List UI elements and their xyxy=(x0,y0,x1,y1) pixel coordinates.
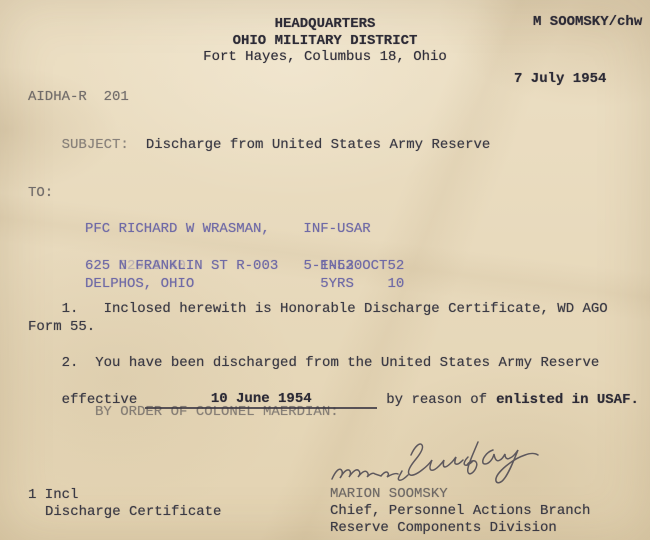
letterhead-line3: Fort Hayes, Columbus 18, Ohio xyxy=(0,49,650,66)
signer-title1: Chief, Personnel Actions Branch xyxy=(330,503,590,520)
enclosure-name: Discharge Certificate xyxy=(45,504,221,521)
enclosure-count: 1 Incl xyxy=(28,487,78,504)
discharge-reason: enlisted in USAF. xyxy=(496,392,639,408)
letterhead-line1: HEADQUARTERS xyxy=(0,16,650,33)
document-date: 7 July 1954 xyxy=(514,71,606,88)
paragraph2-line1: 2. You have been discharged from the Uni… xyxy=(28,355,599,372)
signer-name: MARION SOOMSKY xyxy=(330,486,448,503)
paragraph1-line1: 1. Inclosed herewith is Honorable Discha… xyxy=(28,301,608,318)
file-number: AIDHA-R 201 xyxy=(28,89,129,106)
signer-title2: Reserve Components Division xyxy=(330,520,557,537)
addressee-line3: 625 N FRANKLIN ST ENL20OCT52 xyxy=(85,257,404,276)
to-label: TO: xyxy=(28,185,53,202)
by-order-line: BY ORDER OF COLONEL MAERDIAN: xyxy=(95,404,339,421)
letterhead-line2: OHIO MILITARY DISTRICT xyxy=(0,33,650,50)
addressee-line1: PFC RICHARD W WRASMAN, INF-USAR xyxy=(85,220,371,239)
subject-line: SUBJECT:Discharge from United States Arm… xyxy=(28,120,490,171)
paragraph1-line2: Form 55. xyxy=(28,319,95,336)
discharge-letter-document: M SOOMSKY/chw HEADQUARTERS OHIO MILITARY… xyxy=(0,0,650,540)
subject-label: SUBJECT: xyxy=(62,137,129,153)
addressee-line4: DELPHOS, OHIO 5YRS 10 xyxy=(85,275,404,294)
reason-lead-in: by reason of xyxy=(386,392,487,408)
subject-text: Discharge from United States Army Reserv… xyxy=(146,137,490,153)
